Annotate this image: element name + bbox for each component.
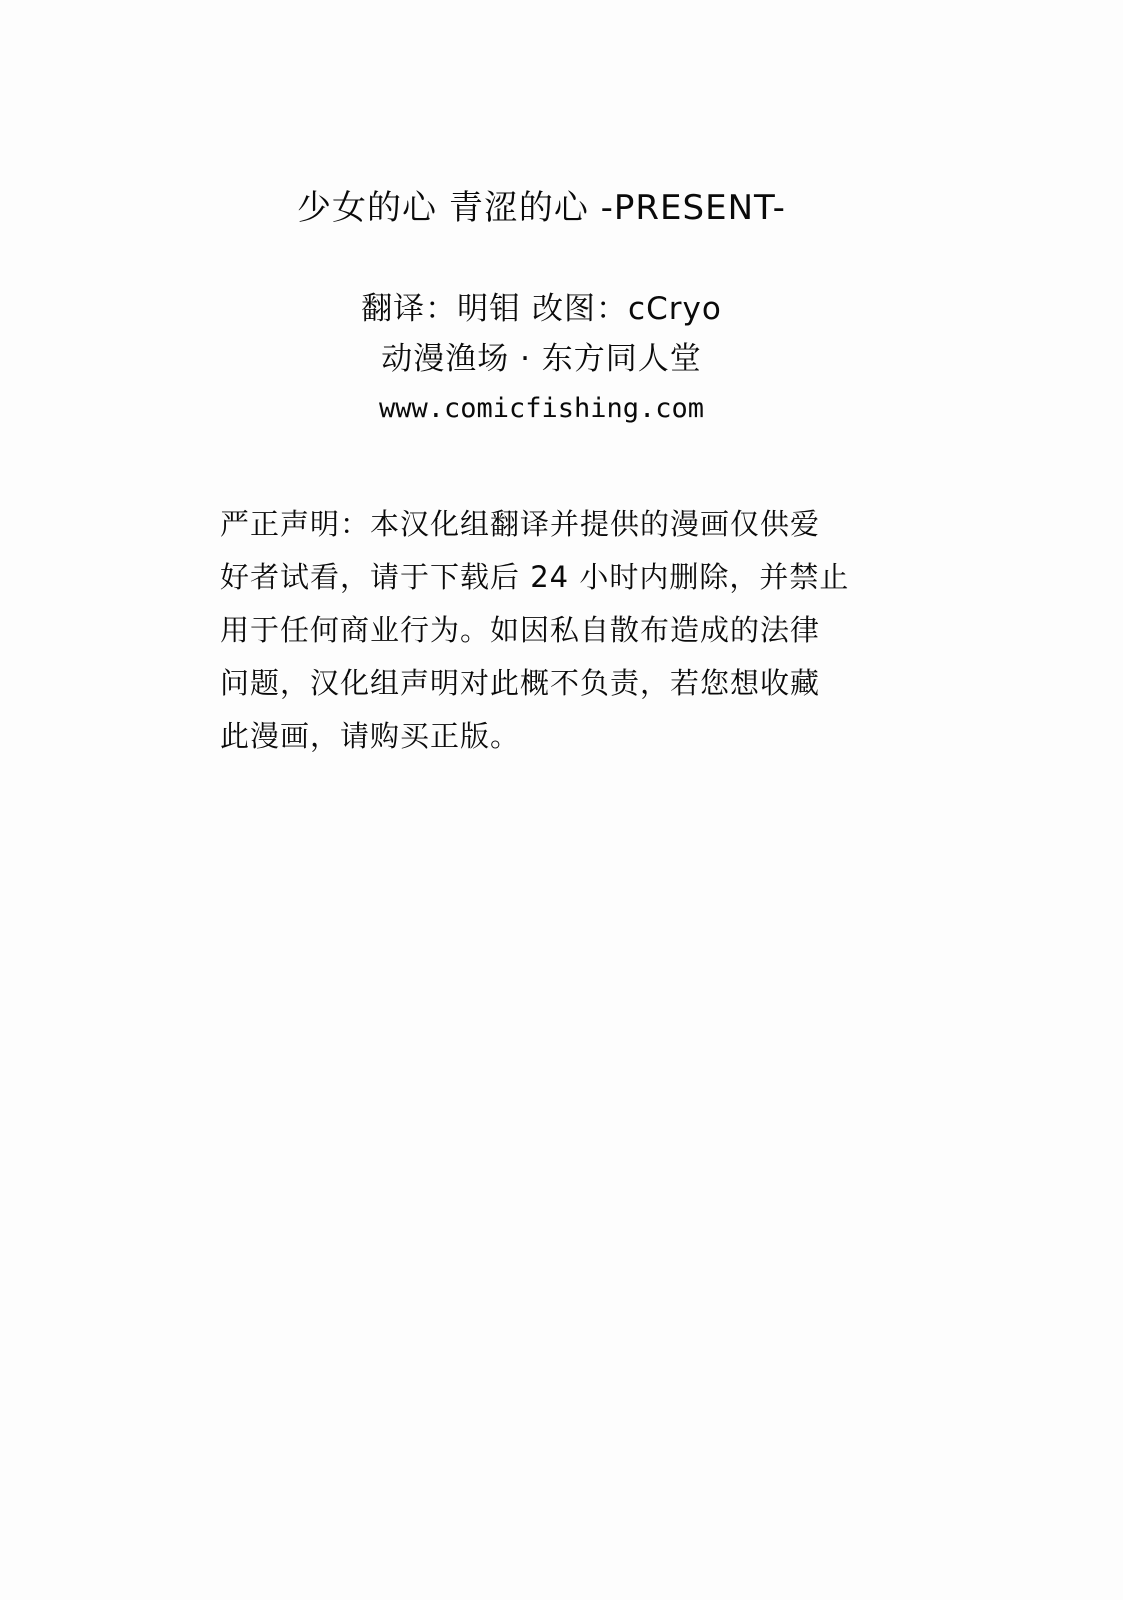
group-credits: 动漫渔场 · 东方同人堂 <box>0 334 1083 384</box>
disclaimer-line: 此漫画，请购买正版。 <box>220 710 900 763</box>
disclaimer-line: 好者试看，请于下载后 24 小时内删除，并禁止 <box>220 551 900 604</box>
disclaimer-paragraph: 严正声明：本汉化组翻译并提供的漫画仅供爱 好者试看，请于下载后 24 小时内删除… <box>220 498 900 763</box>
disclaimer-line: 用于任何商业行为。如因私自散布造成的法律 <box>220 604 900 657</box>
credits-page: 少女的心 青涩的心 -PRESENT- 翻译：明钼 改图：cCryo 动漫渔场 … <box>0 0 1123 1600</box>
website-url: www.comicfishing.com <box>0 384 1083 434</box>
disclaimer-line: 严正声明：本汉化组翻译并提供的漫画仅供爱 <box>220 498 900 551</box>
staff-credits: 翻译：明钼 改图：cCryo <box>0 284 1083 334</box>
credits-block: 翻译：明钼 改图：cCryo 动漫渔场 · 东方同人堂 www.comicfis… <box>0 284 1083 434</box>
disclaimer-line: 问题，汉化组声明对此概不负责，若您想收藏 <box>220 657 900 710</box>
comic-title: 少女的心 青涩的心 -PRESENT- <box>0 184 1083 232</box>
